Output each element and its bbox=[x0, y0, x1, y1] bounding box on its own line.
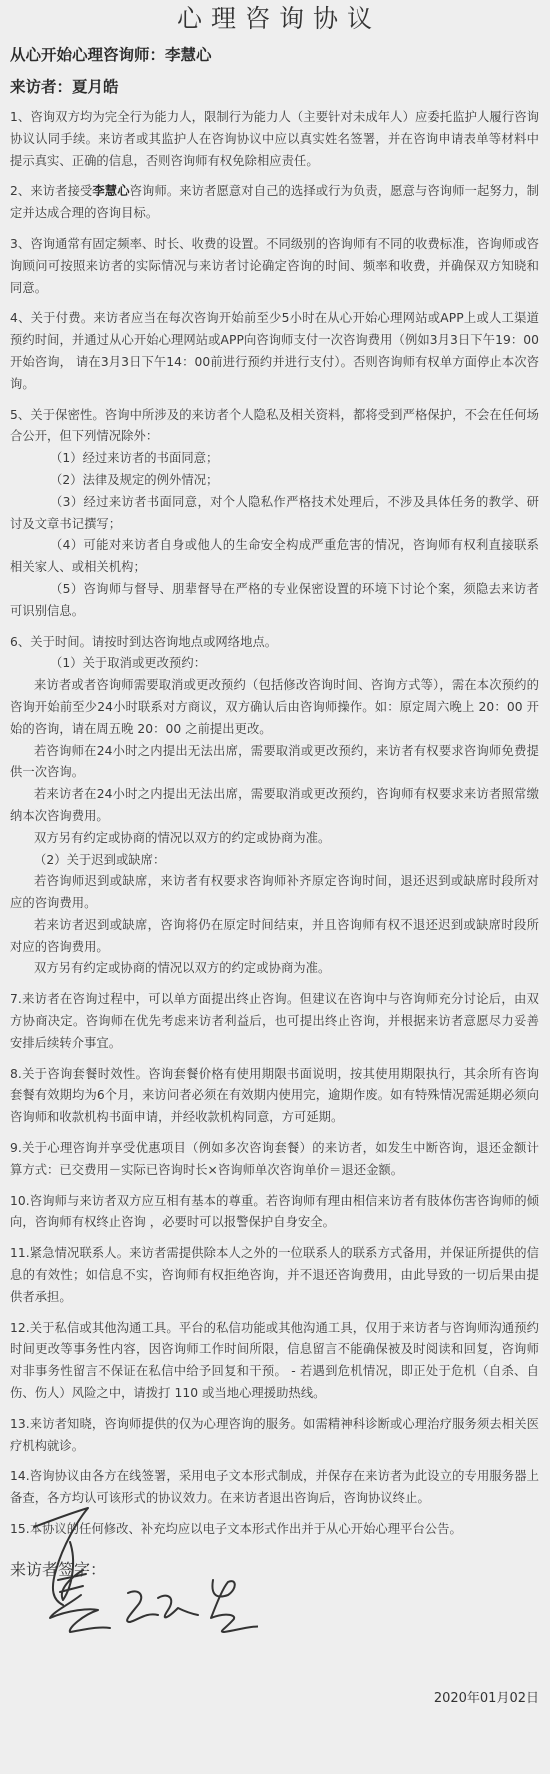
clause-6-sub2-line-2: 若来访者迟到或缺席，咨询将仍在原定时间结束，并且咨询师有权不退还迟到或缺席时段所… bbox=[10, 915, 539, 959]
clause-7: 7.来访者在咨询过程中，可以单方面提出终止咨询。但建议在咨询中与咨询师充分讨论后… bbox=[10, 989, 539, 1054]
signature-date: 2020年01月02日 bbox=[434, 1687, 539, 1706]
clause-10: 10.咨询师与来访者双方应互相有基本的尊重。若咨询师有理由相信来访者有肢体伤害咨… bbox=[10, 1191, 539, 1235]
visitor-name: 夏月皓 bbox=[72, 78, 119, 96]
clause-5-item-5: （5）咨询师与督导、朋辈督导在严格的专业保密设置的环境下讨论个案，须隐去来访者可… bbox=[10, 579, 539, 623]
clause-2-counselor-name: 李慧心 bbox=[92, 184, 129, 198]
clause-6-intro: 6、关于时间。请按时到达咨询地点或网络地点。 bbox=[10, 632, 539, 654]
clause-8: 8.关于咨询套餐时效性。咨询套餐价格有使用期限书面说明，按其使用期限执行，其余所… bbox=[10, 1064, 539, 1129]
clause-6-sub1-line-1: 来访者或者咨询师需要取消或更改预约（包括修改咨询时间、咨询方式等），需在本次预约… bbox=[10, 675, 539, 740]
clause-6-sub2-line-3: 双方另有约定或协商的情况以双方的约定或协商为准。 bbox=[10, 958, 539, 980]
clause-6-sub1-line-4: 双方另有约定或协商的情况以双方的约定或协商为准。 bbox=[10, 828, 539, 850]
clause-5-item-3: （3）经过来访者书面同意，对个人隐私作严格技术处理后，不涉及具体任务的教学、研讨… bbox=[10, 492, 539, 536]
agreement-page: 心理咨询协议 从心开始心理咨询师：李慧心 来访者：夏月皓 1、咨询双方均为完全行… bbox=[0, 0, 550, 1581]
clause-6-sub1-line-2: 若咨询师在24小时之内提出无法出席，需要取消或更改预约，来访者有权要求咨询师免费… bbox=[10, 741, 539, 785]
clause-2: 2、来访者接受李慧心咨询师。来访者愿意对自己的选择或行为负责，愿意与咨询师一起努… bbox=[10, 181, 539, 225]
clause-6-sub1-line-3: 若来访者在24小时之内提出无法出席，需要取消或更改预约，咨询师有权要求来访者照常… bbox=[10, 784, 539, 828]
visitor-line: 来访者：夏月皓 bbox=[10, 77, 539, 97]
counselor-line: 从心开始心理咨询师：李慧心 bbox=[10, 45, 539, 65]
counselor-label: 从心开始心理咨询师： bbox=[10, 46, 165, 64]
clause-4: 4、关于付费。来访者应当在每次咨询开始前至少5小时在从心开始心理网站或APP上或… bbox=[10, 308, 539, 395]
clause-5-item-2: （2）法律及规定的例外情况； bbox=[10, 470, 539, 492]
clause-6-sub2-title: （2）关于迟到或缺席： bbox=[10, 850, 539, 872]
clause-5-item-1: （1）经过来访者的书面同意； bbox=[10, 448, 539, 470]
clause-6: 6、关于时间。请按时到达咨询地点或网络地点。 （1）关于取消或更改预约： 来访者… bbox=[10, 632, 539, 981]
clause-6-sub1-title: （1）关于取消或更改预约： bbox=[10, 653, 539, 675]
clause-12: 12.关于私信或其他沟通工具。平台的私信功能或其他沟通工具，仅用于来访者与咨询师… bbox=[10, 1318, 539, 1405]
clause-5-item-4: （4）可能对来访者自身或他人的生命安全构成严重危害的情况，咨询师有权利直接联系相… bbox=[10, 535, 539, 579]
clause-3: 3、咨询通常有固定频率、时长、收费的设置。不同级别的咨询师有不同的收费标准，咨询… bbox=[10, 234, 539, 299]
clause-6-sub2-line-1: 若咨询师迟到或缺席，来访者有权要求咨询师补齐原定咨询时间，退还迟到或缺席时段所对… bbox=[10, 871, 539, 915]
clause-11: 11.紧急情况联系人。来访者需提供除本人之外的一位联系人的联系方式备用，并保证所… bbox=[10, 1243, 539, 1308]
clause-1: 1、咨询双方均为完全行为能力人，限制行为能力人（主要针对未成年人）应委托监护人履… bbox=[10, 107, 539, 172]
clause-5: 5、关于保密性。咨询中所涉及的来访者个人隐私及相关资料，都将受到严格保护，不会在… bbox=[10, 405, 539, 623]
handwritten-signature-image bbox=[28, 1500, 258, 1650]
visitor-label: 来访者： bbox=[10, 78, 72, 96]
page-title: 心理咨询协议 bbox=[10, 0, 539, 38]
clause-13: 13.来访者知晓，咨询师提供的仅为心理咨询的服务。如需精神科诊断或心理治疗服务须… bbox=[10, 1414, 539, 1458]
clause-2-prefix: 2、来访者接受 bbox=[10, 184, 92, 198]
clause-5-intro: 5、关于保密性。咨询中所涉及的来访者个人隐私及相关资料，都将受到严格保护，不会在… bbox=[10, 405, 539, 449]
counselor-name: 李慧心 bbox=[165, 46, 212, 64]
clause-9: 9.关于心理咨询并享受优惠项目（例如多次咨询套餐）的来访者，如发生中断咨询，退还… bbox=[10, 1138, 539, 1182]
